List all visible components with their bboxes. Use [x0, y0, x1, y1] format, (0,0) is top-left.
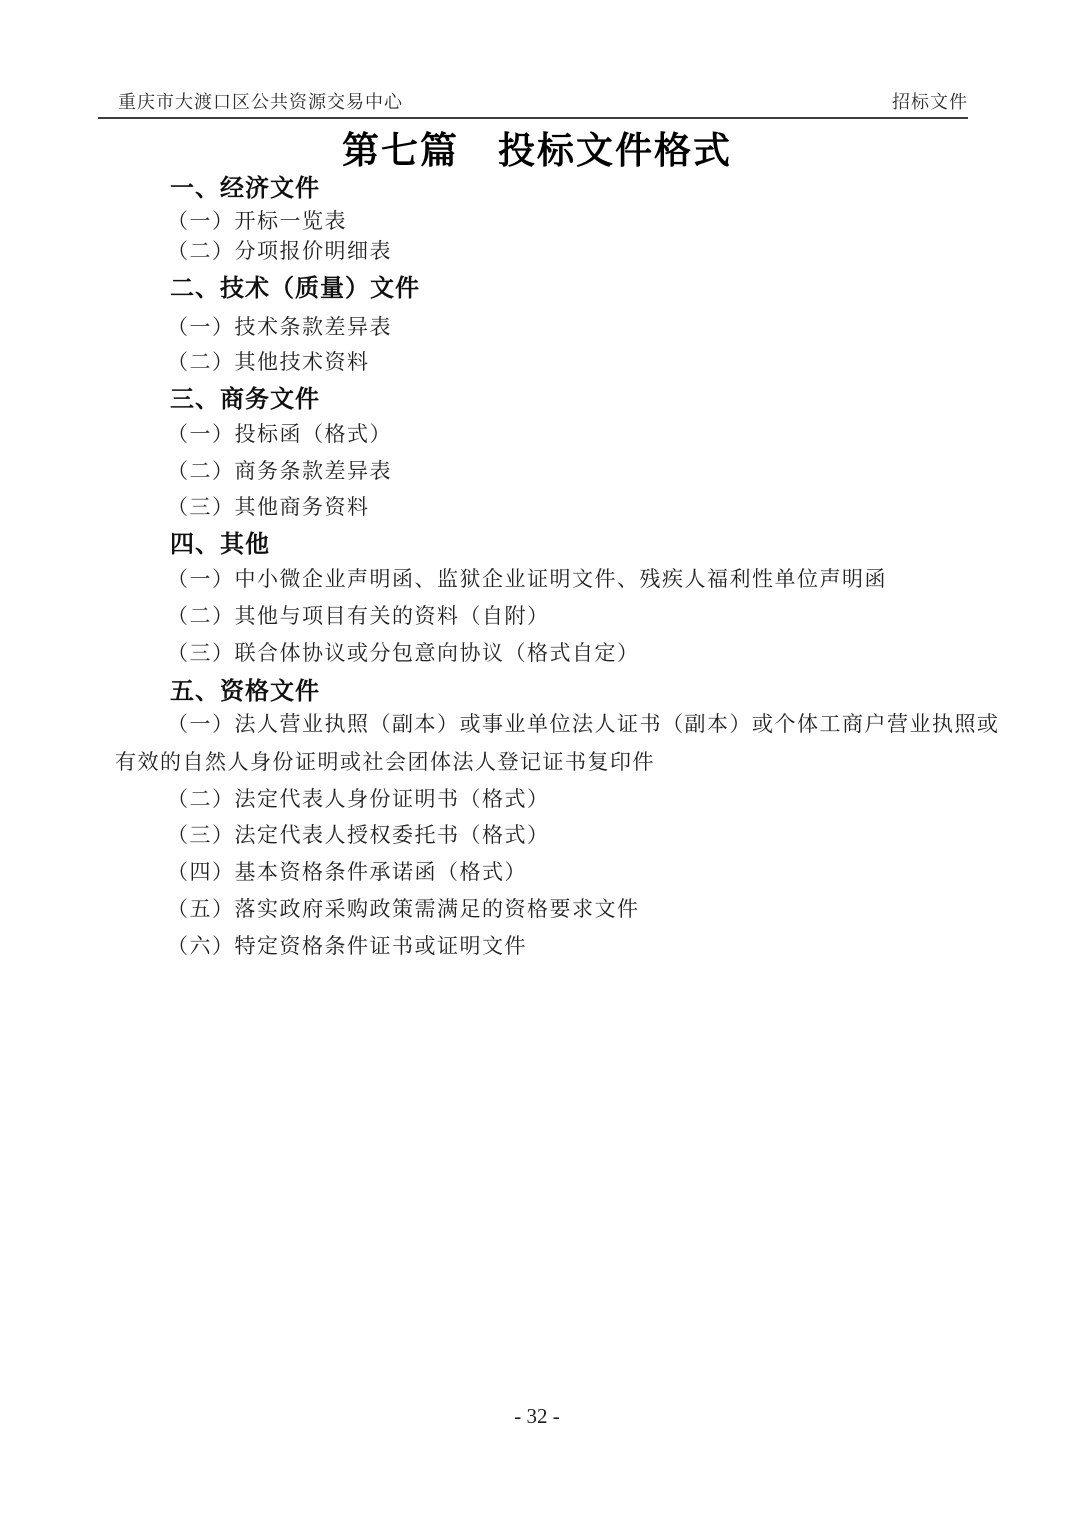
list-item: （六）特定资格条件证书或证明文件: [167, 930, 527, 960]
list-item: （二）法定代表人身份证明书（格式）: [167, 783, 550, 813]
list-item-continuation: 有效的自然人身份证明或社会团体法人登记证书复印件: [115, 746, 655, 776]
list-item: （一）法人营业执照（副本）或事业单位法人证书（副本）或个体工商户营业执照或: [167, 708, 1000, 738]
list-item: （二）其他与项目有关的资料（自附）: [167, 600, 550, 630]
list-item: （一）开标一览表: [167, 205, 347, 235]
section-heading-technical: 二、技术（质量）文件: [170, 268, 420, 303]
list-item: （一）中小微企业声明函、监狱企业证明文件、残疾人福利性单位声明函: [167, 563, 887, 593]
section-heading-other: 四、其他: [170, 524, 270, 559]
list-item: （一）投标函（格式）: [167, 418, 392, 448]
page-number: - 32 -: [514, 1404, 560, 1428]
header-doc-type: 招标文件: [892, 88, 968, 114]
section-heading-economic: 一、经济文件: [170, 168, 320, 203]
list-item: （三）其他商务资料: [167, 491, 370, 521]
page-footer: - 32 -: [0, 1404, 1074, 1429]
list-item: （一）技术条款差异表: [167, 311, 392, 341]
section-heading-qualification: 五、资格文件: [170, 671, 320, 706]
header-org-name: 重庆市大渡口区公共资源交易中心: [118, 88, 403, 114]
list-item: （二）其他技术资料: [167, 346, 370, 376]
list-item: （五）落实政府采购政策需满足的资格要求文件: [167, 893, 640, 923]
list-item: （二）分项报价明细表: [167, 235, 392, 265]
document-page: 重庆市大渡口区公共资源交易中心 招标文件 第七篇 投标文件格式 一、经济文件 （…: [0, 0, 1074, 1520]
page-title: 第七篇 投标文件格式: [0, 120, 1074, 174]
section-heading-commercial: 三、商务文件: [170, 379, 320, 414]
page-header: 重庆市大渡口区公共资源交易中心 招标文件: [98, 88, 968, 119]
list-item: （二）商务条款差异表: [167, 455, 392, 485]
list-item: （三）法定代表人授权委托书（格式）: [167, 819, 550, 849]
list-item: （四）基本资格条件承诺函（格式）: [167, 856, 527, 886]
list-item: （三）联合体协议或分包意向协议（格式自定）: [167, 637, 640, 667]
